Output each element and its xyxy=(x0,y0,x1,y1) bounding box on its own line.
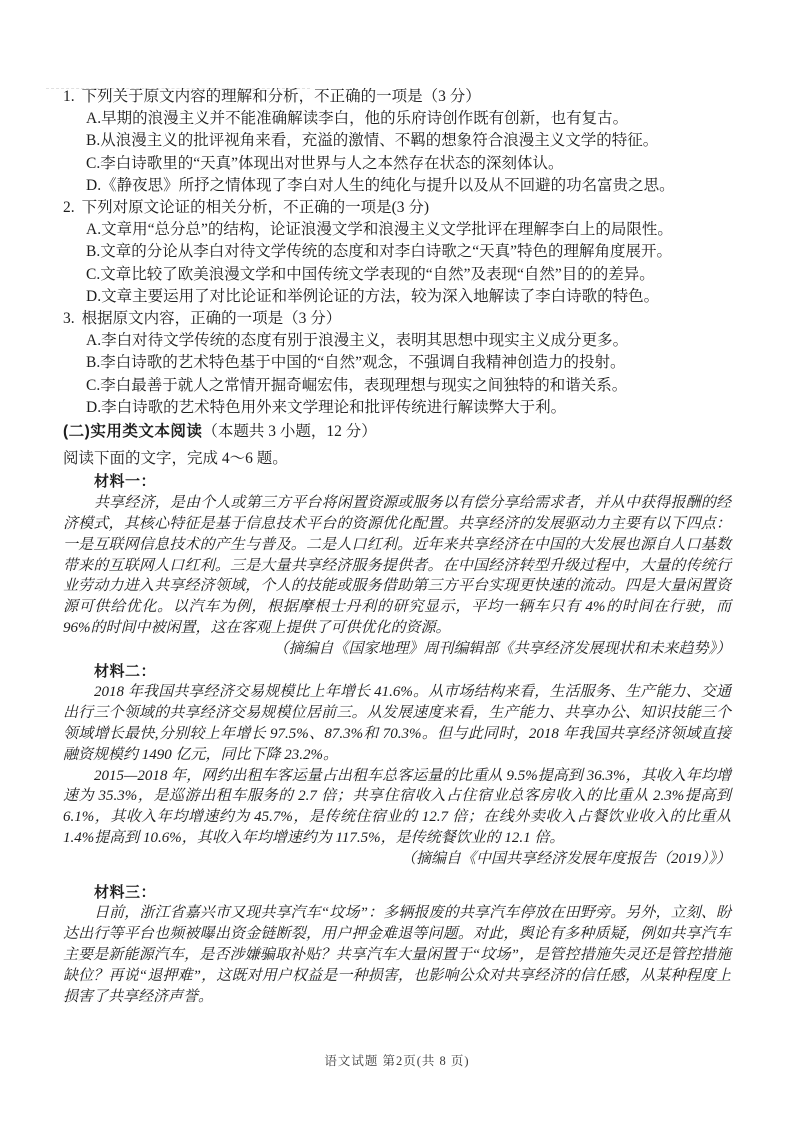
section-title-suffix: （本题共 3 小题，12 分） xyxy=(202,423,376,440)
material-1-paragraph: 共享经济，是由个人或第三方平台将闲置资源或服务以有偿分享给需求者，并从中获得报酬… xyxy=(63,493,731,639)
exam-content: 1.下列关于原文内容的理解和分析，不正确的一项是（3 分） A.早期的浪漫主义并… xyxy=(63,86,731,1007)
section-header: (二)实用类文本阅读（本题共 3 小题，12 分） xyxy=(63,421,731,443)
question-1-stem-text: 下列关于原文内容的理解和分析，不正确的一项是（3 分） xyxy=(82,88,481,105)
question-3-number: 3. xyxy=(63,310,75,327)
material-3-paragraph: 日前，浙江省嘉兴市又现共享汽车“坟场”：多辆报废的共享汽车停放在田野旁。另外，立… xyxy=(63,903,731,1007)
question-2-option-c: C.文章比较了欧美浪漫文学和中国传统文学表现的“自然”及表现“自然”目的的差异。 xyxy=(63,264,731,286)
material-2: 材料二： 2018 年我国共享经济交易规模比上年增长 41.6%。从市场结构来看… xyxy=(63,662,731,870)
material-3: 材料三： 日前，浙江省嘉兴市又现共享汽车“坟场”：多辆报废的共享汽车停放在田野旁… xyxy=(63,883,731,1008)
question-3-option-d: D.李白诗歌的艺术特色用外来文学理论和批评传统进行解读弊大于利。 xyxy=(63,397,731,419)
question-2: 2.下列对原文论证的相关分析，不正确的一项是(3 分) A.文章用“总分总”的结… xyxy=(63,197,731,308)
question-1-option-b: B.从浪漫主义的批评视角来看，充溢的激情、不羁的想象符合浪漫主义文学的特征。 xyxy=(63,130,731,152)
material-2-paragraph-1: 2018 年我国共享经济交易规模比上年增长 41.6%。从市场结构来看，生活服务… xyxy=(63,682,731,765)
material-1-label: 材料一： xyxy=(63,472,731,493)
material-2-paragraph-2: 2015—2018 年，网约出租车客运量占出租车总客运量的比重从 9.5%提高到… xyxy=(63,766,731,849)
question-3-stem: 3.根据原文内容，正确的一项是（3 分） xyxy=(63,308,731,330)
question-1-option-a: A.早期的浪漫主义并不能准确解读李白，他的乐府诗创作既有创新，也有复古。 xyxy=(63,108,731,130)
question-2-stem-text: 下列对原文论证的相关分析，不正确的一项是(3 分) xyxy=(82,199,429,216)
material-2-label: 材料二： xyxy=(63,662,731,683)
question-1-option-d: D.《静夜思》所抒之情体现了李白对人生的纯化与提升以及从不回避的功名富贵之思。 xyxy=(63,175,731,197)
question-1-option-c: C.李白诗歌里的“天真”体现出对世界与人之本然存在状态的深刻体认。 xyxy=(63,153,731,175)
question-1-stem: 1.下列关于原文内容的理解和分析，不正确的一项是（3 分） xyxy=(63,86,731,108)
material-2-citation: （摘编自《中国共享经济发展年度报告（2019）》） xyxy=(63,849,731,870)
page-footer: 语文试题 第2页(共 8 页) xyxy=(0,1051,794,1069)
material-1-citation: （摘编自《国家地理》周刊编辑部《共享经济发展现状和未来趋势》） xyxy=(63,639,731,660)
question-2-option-a: A.文章用“总分总”的结构，论证浪漫文学和浪漫主义文学批评在理解李白上的局限性。 xyxy=(63,219,731,241)
question-3-stem-text: 根据原文内容，正确的一项是（3 分） xyxy=(82,310,342,327)
question-1: 1.下列关于原文内容的理解和分析，不正确的一项是（3 分） A.早期的浪漫主义并… xyxy=(63,86,731,197)
question-2-number: 2. xyxy=(63,199,75,216)
question-3-option-c: C.李白最善于就人之常情开掘奇崛宏伟，表现理想与现实之间独特的和谐关系。 xyxy=(63,375,731,397)
exam-page: 1.下列关于原文内容的理解和分析，不正确的一项是（3 分） A.早期的浪漫主义并… xyxy=(0,0,794,1122)
question-3-option-b: B.李白诗歌的艺术特色基于中国的“自然”观念，不强调自我精神创造力的投射。 xyxy=(63,352,731,374)
material-1: 材料一： 共享经济，是由个人或第三方平台将闲置资源或服务以有偿分享给需求者，并从… xyxy=(63,472,731,659)
materials-block: 材料一： 共享经济，是由个人或第三方平台将闲置资源或服务以有偿分享给需求者，并从… xyxy=(63,472,731,1007)
material-3-label: 材料三： xyxy=(63,883,731,904)
question-2-option-d: D.文章主要运用了对比论证和举例论证的方法，较为深入地解读了李白诗歌的特色。 xyxy=(63,286,731,308)
question-3: 3.根据原文内容，正确的一项是（3 分） A.李白对待文学传统的态度有别于浪漫主… xyxy=(63,308,731,419)
question-3-option-a: A.李白对待文学传统的态度有别于浪漫主义，表明其思想中现实主义成分更多。 xyxy=(63,330,731,352)
section-instruction: 阅读下面的文字，完成 4～6 题。 xyxy=(63,448,731,470)
section-title: (二)实用类文本阅读 xyxy=(63,423,202,440)
question-2-stem: 2.下列对原文论证的相关分析，不正确的一项是(3 分) xyxy=(63,197,731,219)
question-2-option-b: B.文章的分论从李白对待文学传统的态度和对李白诗歌之“天真”特色的理解角度展开。 xyxy=(63,241,731,263)
question-1-number: 1. xyxy=(63,88,75,105)
